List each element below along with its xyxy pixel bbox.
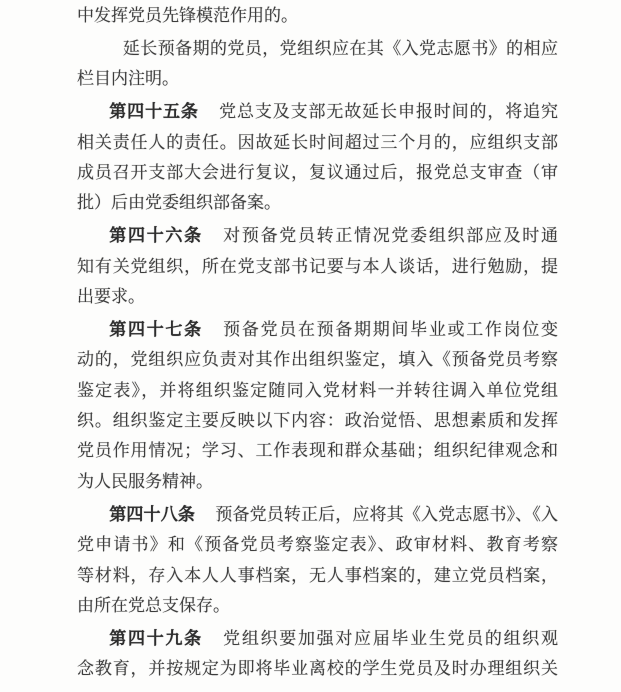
article-number: 第四十九条: [109, 629, 202, 648]
line-text: 念教育，并按规定为即将毕业离校的学生党员及时办理组织关: [77, 659, 558, 678]
text-line: 成员召开支部大会进行复议，复议通过后，报党总支审查（审: [77, 158, 558, 188]
article-number: 第四十七条: [109, 320, 202, 339]
line-text: 动的，党组织应负责对其作出组织鉴定，填入《预备党员考察: [77, 350, 558, 369]
line-text: 相关责任人的责任。因故延长时间超过三个月的，应组织支部: [77, 133, 558, 152]
line-text: 党申请书》和《预备党员考察鉴定表》、政审材料、教育考察: [77, 535, 558, 554]
text-line: 第四十九条党组织要加强对应届毕业生党员的组织观: [77, 624, 558, 654]
line-text: 等材料，存入本人人事档案，无人事档案的，建立党员档案，: [77, 566, 558, 585]
line-text: 为人民服务精神。: [77, 472, 213, 491]
paragraph: 第四十八条预备党员转正后，应将其《入党志愿书》、《入党申请书》和《预备党员考察鉴…: [77, 500, 558, 622]
text-line: 批）后由党委组织部备案。: [77, 188, 558, 218]
text-line: 相关责任人的责任。因故延长时间超过三个月的，应组织支部: [77, 128, 558, 158]
line-text: 党员作用情况；学习、工作表现和群众基础；组织纪律观念和: [77, 441, 558, 460]
article-number: 第四十八条: [109, 505, 195, 524]
line-text: 对预备党员转正情况党委组织部应及时通: [223, 226, 558, 245]
text-line: 知有关党组织，所在党支部书记要与本人谈话，进行勉励，提: [77, 252, 558, 282]
text-line: 第四十八条预备党员转正后，应将其《入党志愿书》、《入: [77, 500, 558, 530]
text-line: 第四十七条预备党员在预备期期间毕业或工作岗位变: [77, 315, 558, 345]
paragraph: 中发挥党员先锋模范作用的。: [77, 1, 558, 31]
paragraph: 第四十九条党组织要加强对应届毕业生党员的组织观念教育，并按规定为即将毕业离校的学…: [77, 624, 558, 685]
line-text: 预备党员转正后，应将其《入党志愿书》、《入: [215, 505, 558, 524]
line-text: 出要求。: [77, 287, 145, 306]
line-text: 栏目内注明。: [77, 69, 179, 88]
text-line: 第四十六条对预备党员转正情况党委组织部应及时通: [77, 221, 558, 251]
text-line: 鉴定表》，并将组织鉴定随同入党材料一并转往调入单位党组: [77, 376, 558, 406]
article-number: 第四十五条: [109, 102, 198, 121]
paragraph: 第四十五条党总支及支部无故延长申报时间的，将追究相关责任人的责任。因故延长时间超…: [77, 97, 558, 219]
text-line: 延长预备期的党员，党组织应在其《入党志愿书》的相应: [77, 34, 558, 64]
paragraph: 第四十七条预备党员在预备期期间毕业或工作岗位变动的，党组织应负责对其作出组织鉴定…: [77, 315, 558, 497]
line-text: 鉴定表》，并将组织鉴定随同入党材料一并转往调入单位党组: [77, 381, 558, 400]
text-line: 党申请书》和《预备党员考察鉴定表》、政审材料、教育考察: [77, 530, 558, 560]
text-line: 为人民服务精神。: [77, 467, 558, 497]
text-line: 党员作用情况；学习、工作表现和群众基础；组织纪律观念和: [77, 436, 558, 466]
text-line: 中发挥党员先锋模范作用的。: [77, 1, 558, 31]
line-text: 成员召开支部大会进行复议，复议通过后，报党总支审查（审: [77, 163, 558, 182]
text-line: 念教育，并按规定为即将毕业离校的学生党员及时办理组织关: [77, 654, 558, 684]
text-line: 动的，党组织应负责对其作出组织鉴定，填入《预备党员考察: [77, 345, 558, 375]
line-text: 由所在党总支保存。: [77, 596, 230, 615]
line-text: 延长预备期的党员，党组织应在其《入党志愿书》的相应: [123, 39, 558, 58]
text-line: 出要求。: [77, 282, 558, 312]
line-text: 预备党员在预备期期间毕业或工作岗位变: [223, 320, 558, 339]
text-line: 栏目内注明。: [77, 64, 558, 94]
line-text: 党总支及支部无故延长申报时间的，将追究: [219, 102, 558, 121]
text-line: 织。组织鉴定主要反映以下内容：政治觉悟、思想素质和发挥: [77, 406, 558, 436]
text-line: 等材料，存入本人人事档案，无人事档案的，建立党员档案，: [77, 561, 558, 591]
text-line: 由所在党总支保存。: [77, 591, 558, 621]
paragraph: 延长预备期的党员，党组织应在其《入党志愿书》的相应栏目内注明。: [77, 34, 558, 95]
line-text: 知有关党组织，所在党支部书记要与本人谈话，进行勉励，提: [77, 257, 558, 276]
line-text: 批）后由党委组织部备案。: [77, 193, 281, 212]
line-text: 中发挥党员先锋模范作用的。: [77, 6, 298, 25]
article-number: 第四十六条: [109, 226, 202, 245]
paragraph: 第四十六条对预备党员转正情况党委组织部应及时通知有关党组织，所在党支部书记要与本…: [77, 221, 558, 312]
text-line: 第四十五条党总支及支部无故延长申报时间的，将追究: [77, 97, 558, 127]
line-text: 党组织要加强对应届毕业生党员的组织观: [223, 629, 558, 648]
document-page: 中发挥党员先锋模范作用的。延长预备期的党员，党组织应在其《入党志愿书》的相应栏目…: [0, 0, 621, 692]
line-text: 织。组织鉴定主要反映以下内容：政治觉悟、思想素质和发挥: [77, 411, 558, 430]
document-body: 中发挥党员先锋模范作用的。延长预备期的党员，党组织应在其《入党志愿书》的相应栏目…: [77, 1, 558, 685]
